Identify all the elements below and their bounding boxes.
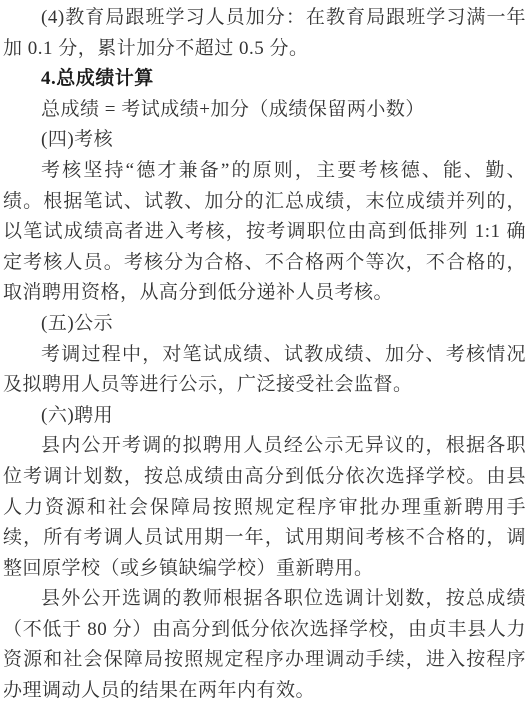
paragraph: 考核坚持“德才兼备”的原则，主要考核德、能、勤、绩。根据笔试、试教、加分的汇总成… <box>3 156 526 309</box>
paragraph: (四)考核 <box>3 125 526 156</box>
paragraph: 考调过程中，对笔试成绩、试教成绩、加分、考核情况及拟聘用人员等进行公示，广泛接受… <box>3 340 526 401</box>
document-page: (4)教育局跟班学习人员加分：在教育局跟班学习满一年加 0.1 分，累计加分不超… <box>0 0 530 707</box>
paragraph: (4)教育局跟班学习人员加分：在教育局跟班学习满一年加 0.1 分，累计加分不超… <box>3 3 526 64</box>
paragraph: (六)聘用 <box>3 401 526 432</box>
paragraph: 县内公开考调的拟聘用人员经公示无异议的，根据各职位考调计划数，按总成绩由高分到低… <box>3 431 526 584</box>
paragraph: 总成绩 = 考试成绩+加分（成绩保留两小数） <box>3 95 526 126</box>
paragraph: 县外公开选调的教师根据各职位选调计划数，按总成绩（不低于 80 分）由高分到低分… <box>3 584 526 706</box>
section-heading: 4.总成绩计算 <box>3 64 526 95</box>
paragraph: (五)公示 <box>3 309 526 340</box>
